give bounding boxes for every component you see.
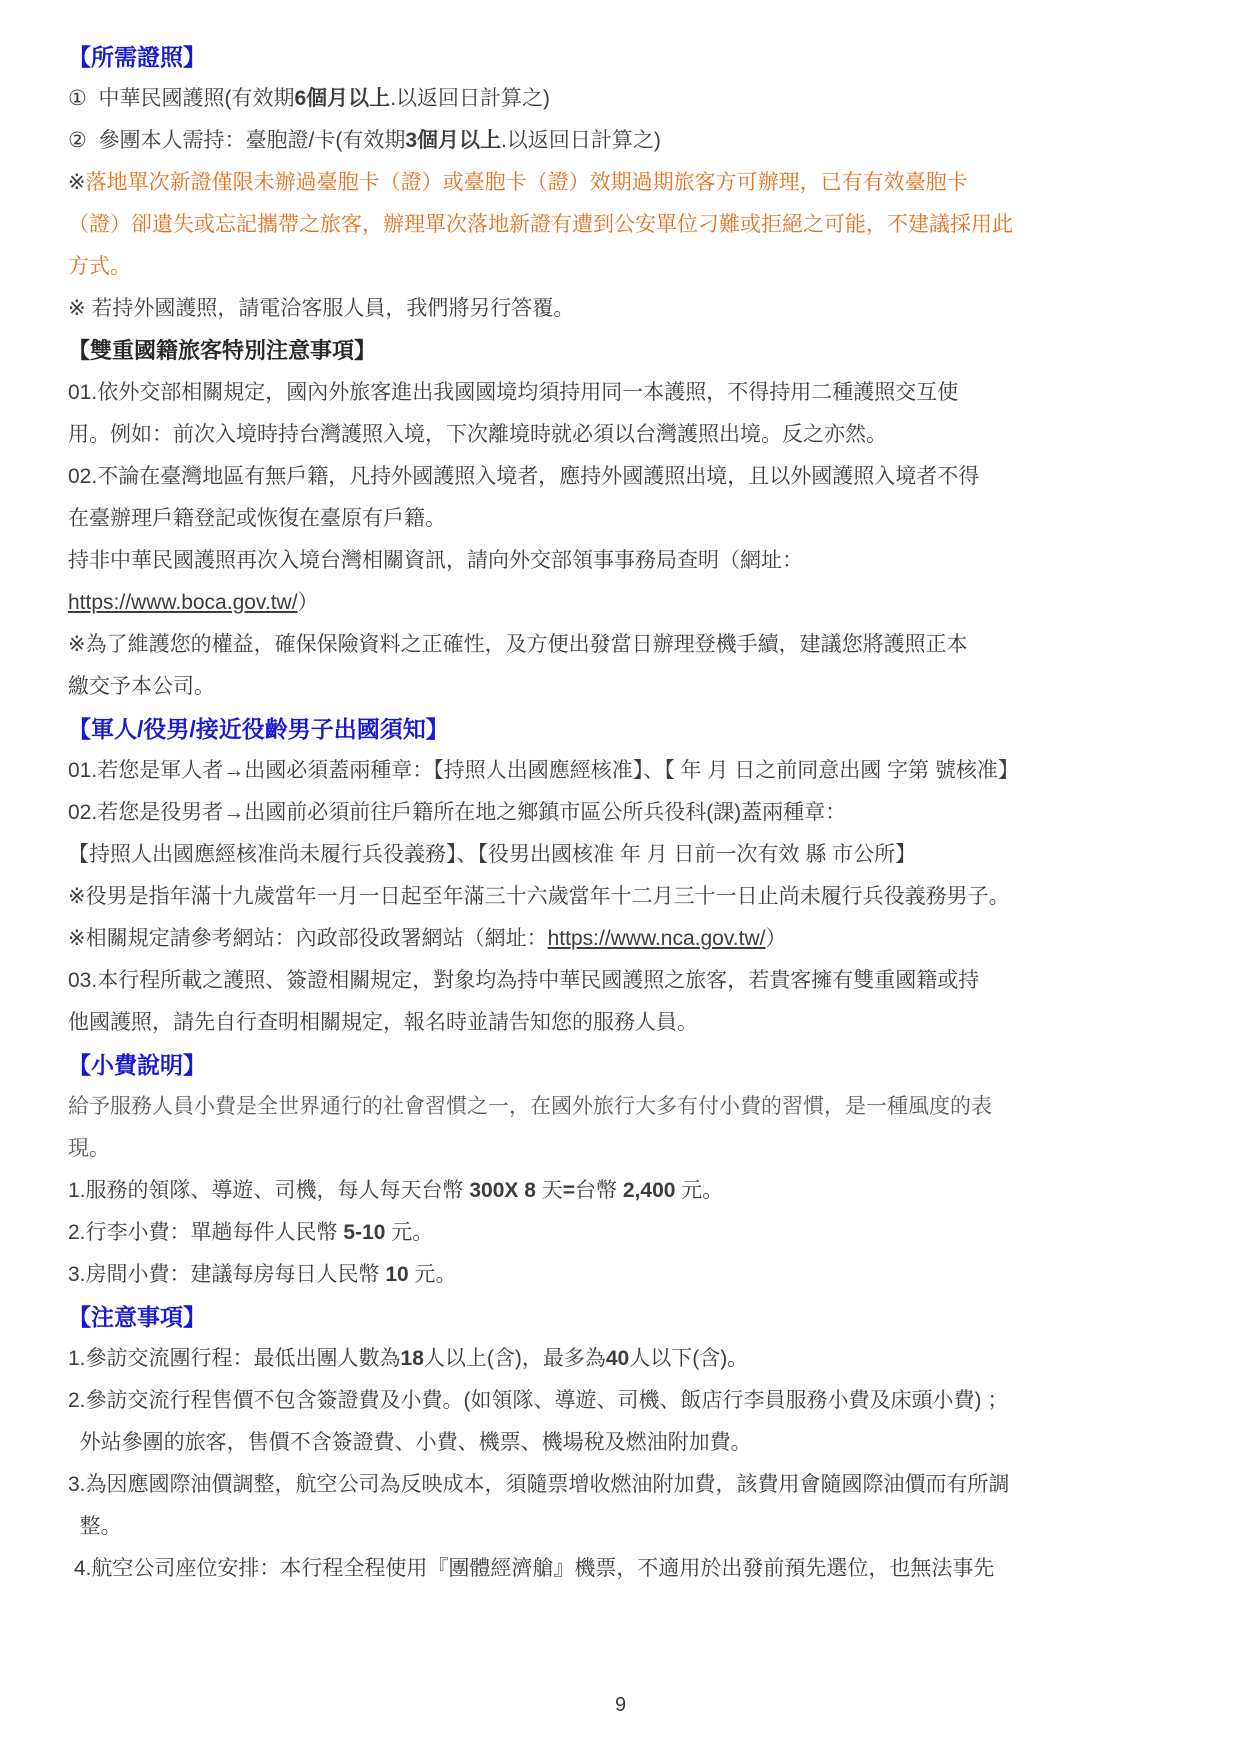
text-run: 1.服務的領隊、導遊、司機，每人每天台幣 [68, 1179, 469, 1202]
text-run: 持非中華民國護照再次入境台灣相關資訊，請向外交部領事事務局查明（網址： [68, 549, 803, 572]
text-run: 40 [606, 1347, 629, 1370]
text-run: ① 中華民國護照(有效期 [68, 87, 295, 110]
paragraph: 01.若您是軍人者→出國必須蓋兩種章：【持照人出國應經核准】、【 年 月 日之前… [68, 750, 1173, 792]
text-run: ） [298, 591, 319, 614]
paragraph: 03.本行程所載之護照、簽證相關規定，對象均為持中華民國護照之旅客，若貴客擁有雙… [68, 960, 1173, 1044]
text-run: 台幣 [575, 1179, 623, 1202]
text-run: 18 [401, 1347, 424, 1370]
text-run: ※ 若持外國護照，請電洽客服人員，我們將另行答覆。 [68, 297, 574, 320]
paragraph: ※ 若持外國護照，請電洽客服人員，我們將另行答覆。 [68, 288, 1173, 330]
document-content: 【所需證照】① 中華民國護照(有效期6個月以上.以返回日計算之)② 參團本人需持… [68, 36, 1173, 1590]
text-run: 1.參訪交流團行程：最低出團人數為 [68, 1347, 401, 1370]
paragraph: 2.參訪交流行程售價不包含簽證費及小費。(如領隊、導遊、司機、飯店行李員服務小費… [68, 1380, 1173, 1464]
text-run: 【軍人/役男/接近役齡男子出國須知】 [68, 716, 449, 742]
text-run: 【小費說明】 [68, 1052, 206, 1078]
text-run: 落地單次新證僅限未辦過臺胞卡（證）或臺胞卡（證）效期過期旅客方可辦理，已有有效臺… [68, 171, 1013, 278]
text-run: 5-10 [343, 1221, 385, 1244]
section-heading: 【所需證照】 [68, 36, 1173, 78]
text-run: 2.行李小費：單趟每件人民幣 [68, 1221, 343, 1244]
text-run: 元。 [675, 1179, 723, 1202]
paragraph: 持非中華民國護照再次入境台灣相關資訊，請向外交部領事事務局查明（網址： [68, 540, 1173, 582]
text-run: 給予服務人員小費是全世界通行的社會習慣之一，在國外旅行大多有付小費的習慣，是一種… [68, 1095, 992, 1160]
text-run: 3.房間小費：建議每房每日人民幣 [68, 1263, 385, 1286]
page-number: 9 [0, 1694, 1241, 1717]
paragraph: 給予服務人員小費是全世界通行的社會習慣之一，在國外旅行大多有付小費的習慣，是一種… [68, 1086, 1173, 1170]
text-run: 【注意事項】 [68, 1304, 206, 1330]
text-run: 01.依外交部相關規定，國內外旅客進出我國國境均須持用同一本護照，不得持用二種護… [68, 381, 958, 446]
text-run: 02.若您是役男者→出國前必須前往戶籍所在地之鄉鎮市區公所兵役科(課)蓋兩種章：… [68, 801, 916, 866]
paragraph: 02.不論在臺灣地區有無戶籍，凡持外國護照入境者，應持外國護照出境，且以外國護照… [68, 456, 1173, 540]
paragraph: 3.為因應國際油價調整，航空公司為反映成本，須隨票增收燃油附加費，該費用會隨國際… [68, 1464, 1173, 1548]
paragraph: 02.若您是役男者→出國前必須前往戶籍所在地之鄉鎮市區公所兵役科(課)蓋兩種章：… [68, 792, 1173, 876]
section-heading: 【雙重國籍旅客特別注意事項】 [68, 330, 1173, 372]
paragraph: ※為了維護您的權益，確保保險資料之正確性，及方便出發當日辦理登機手續，建議您將護… [68, 624, 1173, 708]
section-heading: 【注意事項】 [68, 1296, 1173, 1338]
text-run: 2,400 [623, 1179, 676, 1202]
paragraph: ※役男是指年滿十九歲當年一月一日起至年滿三十六歲當年十二月三十一日止尚未履行兵役… [68, 876, 1173, 918]
text-run: ② 參團本人需持：臺胞證/卡(有效期 [68, 129, 405, 152]
text-run: = [563, 1179, 575, 1202]
url-link[interactable]: https://www.boca.gov.tw/ [68, 591, 298, 614]
text-run: ） [765, 927, 786, 950]
paragraph: 1.參訪交流團行程：最低出團人數為18人以上(含)，最多為40人以下(含)。 [68, 1338, 1173, 1380]
text-run: 【雙重國籍旅客特別注意事項】 [68, 338, 376, 363]
text-run: 人以上(含)，最多為 [424, 1347, 606, 1370]
text-run: .以返回日計算之) [390, 87, 550, 110]
paragraph: ※落地單次新證僅限未辦過臺胞卡（證）或臺胞卡（證）效期過期旅客方可辦理，已有有效… [68, 162, 1173, 288]
paragraph: 3.房間小費：建議每房每日人民幣 10 元。 [68, 1254, 1173, 1296]
text-run: ※役男是指年滿十九歲當年一月一日起至年滿三十六歲當年十二月三十一日止尚未履行兵役… [68, 885, 1010, 908]
text-run: .以返回日計算之) [501, 129, 661, 152]
text-run: ※為了維護您的權益，確保保險資料之正確性，及方便出發當日辦理登機手續，建議您將護… [68, 633, 968, 698]
text-run: 300X 8 [469, 1179, 536, 1202]
text-run: 3.為因應國際油價調整，航空公司為反映成本，須隨票增收燃油附加費，該費用會隨國際… [68, 1473, 1010, 1538]
document-page: 【所需證照】① 中華民國護照(有效期6個月以上.以返回日計算之)② 參團本人需持… [0, 0, 1241, 1755]
text-run: 天 [536, 1179, 563, 1202]
paragraph: https://www.boca.gov.tw/） [68, 582, 1173, 624]
text-run: 2.參訪交流行程售價不包含簽證費及小費。(如領隊、導遊、司機、飯店行李員服務小費… [68, 1389, 1008, 1454]
text-run: 元。 [385, 1221, 433, 1244]
text-run: 10 [385, 1263, 408, 1286]
paragraph: 4.航空公司座位安排：本行程全程使用『團體經濟艙』機票，不適用於出發前預先選位，… [68, 1548, 1173, 1590]
text-run: 元。 [409, 1263, 457, 1286]
text-run: ※相關規定請參考網站：內政部役政署網站（網址： [68, 927, 548, 950]
text-run: 【所需證照】 [68, 44, 206, 70]
text-run: 02.不論在臺灣地區有無戶籍，凡持外國護照入境者，應持外國護照出境，且以外國護照… [68, 465, 979, 530]
paragraph: ※相關規定請參考網站：內政部役政署網站（網址：https://www.nca.g… [68, 918, 1173, 960]
url-link[interactable]: https://www.nca.gov.tw/ [548, 927, 766, 950]
paragraph: 1.服務的領隊、導遊、司機，每人每天台幣 300X 8 天=台幣 2,400 元… [68, 1170, 1173, 1212]
paragraph: 01.依外交部相關規定，國內外旅客進出我國國境均須持用同一本護照，不得持用二種護… [68, 372, 1173, 456]
text-run: 01.若您是軍人者→出國必須蓋兩種章：【持照人出國應經核准】、【 年 月 日之前… [68, 759, 1019, 782]
text-run: 3個月以上 [405, 129, 501, 152]
text-run: 4.航空公司座位安排：本行程全程使用『團體經濟艙』機票，不適用於出發前預先選位，… [68, 1557, 994, 1580]
text-run: 03.本行程所載之護照、簽證相關規定，對象均為持中華民國護照之旅客，若貴客擁有雙… [68, 969, 979, 1034]
text-run: ※ [68, 171, 86, 194]
paragraph: ① 中華民國護照(有效期6個月以上.以返回日計算之) [68, 78, 1173, 120]
section-heading: 【小費說明】 [68, 1044, 1173, 1086]
text-run: 6個月以上 [295, 87, 391, 110]
section-heading: 【軍人/役男/接近役齡男子出國須知】 [68, 708, 1173, 750]
paragraph: 2.行李小費：單趟每件人民幣 5-10 元。 [68, 1212, 1173, 1254]
text-run: 人以下(含)。 [629, 1347, 748, 1370]
paragraph: ② 參團本人需持：臺胞證/卡(有效期3個月以上.以返回日計算之) [68, 120, 1173, 162]
